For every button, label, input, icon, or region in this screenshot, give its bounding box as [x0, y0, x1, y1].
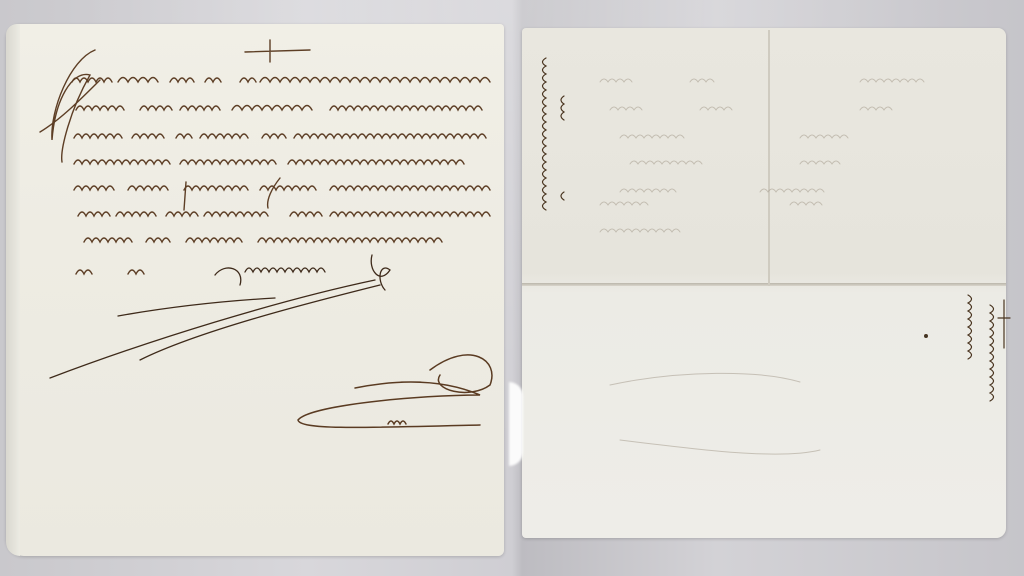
signature-yo-el-rey: [50, 255, 390, 378]
photo-scene: Letter recto Letter verso: [0, 0, 1024, 576]
left-page-handwriting: [40, 40, 490, 274]
right-page-bleedthrough: [600, 79, 924, 454]
signature-flourish-lower: [298, 355, 492, 428]
handwriting-ink: [0, 0, 1024, 576]
